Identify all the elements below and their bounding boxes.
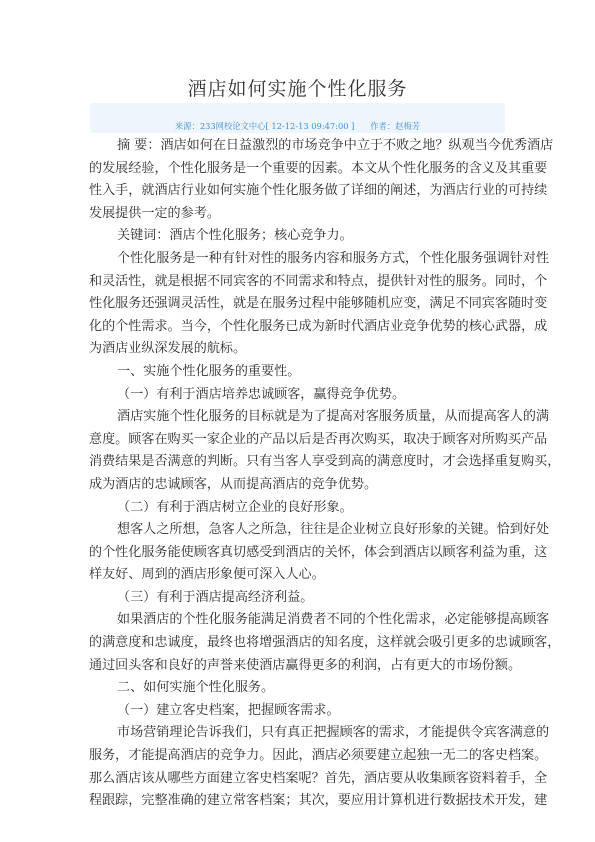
author-label: 作者： (370, 121, 395, 131)
text-line: 个性化服务是一种有针对性的服务内容和服务方式，个性化服务强调针对性 (89, 248, 507, 271)
text-line: 为酒店业纵深发展的航标。 (89, 338, 507, 361)
author-value: 赵梅芳 (395, 121, 420, 131)
text-line: 消费结果是否满意的判断。只有当客人享受到高的满意度时，才会选择重复购买， (89, 451, 507, 474)
text-line: 的满意度和忠诚度，最终也将增强酒店的知名度，这样就会吸引更多的忠诚顾客， (89, 632, 507, 655)
text-line: 性化服务还强调灵活性，就是在服务过程中能够随机应变，满足不同宾客随时变 (89, 293, 507, 316)
subsection-heading: （二）有利于酒店树立企业的良好形象。 (89, 497, 507, 520)
intro-paragraph: 个性化服务是一种有针对性的服务内容和服务方式，个性化服务强调针对性 和灵活性，就… (89, 248, 507, 361)
article-meta-band: 来源：233网校论文中心[ 12-12-13 09:47:00 ] 作者：赵梅芳 (90, 103, 505, 133)
text-line: 摘 要：酒店如何在日益激烈的市场竞争中立于不败之地？纵观当今优秀酒店 (89, 135, 507, 158)
text-line: 服务，才能提高酒店的竞争力。因此，酒店必须要建立起独一无二的客史档案。 (89, 745, 507, 768)
source-value: 233网校论文中心 (200, 121, 266, 131)
text-line: 程跟踪，完整准确的建立常客档案；其次，要应用计算机进行数据技术开发，建 (89, 790, 507, 813)
text-line: 的发展经验，个性化服务是一个重要的因素。本文从个性化服务的含义及其重要 (89, 158, 507, 181)
text-line: 样友好、周到的酒店形象便可深入人心。 (89, 564, 507, 587)
body-paragraph: 想客人之所想，急客人之所急，往往是企业树立良好形象的关键。恰到好处 的个性化服务… (89, 519, 507, 587)
body-paragraph: 酒店实施个性化服务的目标就是为了提高对客服务质量，从而提高客人的满 意度。顾客在… (89, 406, 507, 496)
section-heading: 一、实施个性化服务的重要性。 (89, 361, 507, 384)
text-line: 性入手，就酒店行业如何实施个性化服务做了详细的阐述，为酒店行业的可持续 (89, 180, 507, 203)
body-paragraph: 如果酒店的个性化服务能满足消费者不同的个性化需求，必定能够提高顾客 的满意度和忠… (89, 609, 507, 677)
text-line: 的个性化服务能使顾客真切感受到酒店的关怀，体会到酒店以顾客利益为重，这 (89, 542, 507, 565)
text-line: 化的个性需求。当今，个性化服务已成为新时代酒店业竞争优势的核心武器，成 (89, 316, 507, 339)
text-line: 如果酒店的个性化服务能满足消费者不同的个性化需求，必定能够提高顾客 (89, 609, 507, 632)
text-line: 发展提供一定的参考。 (89, 203, 507, 226)
text-line: 市场营销理论告诉我们，只有真正把握顾客的需求，才能提供令宾客满意的 (89, 722, 507, 745)
text-line: 成为酒店的忠诚顾客，从而提高酒店的竞争优势。 (89, 474, 507, 497)
meta-spacer (354, 121, 370, 131)
text-line: 想客人之所想，急客人之所急，往往是企业树立良好形象的关键。恰到好处 (89, 519, 507, 542)
article-body: 摘 要：酒店如何在日益激烈的市场竞争中立于不败之地？纵观当今优秀酒店 的发展经验… (89, 135, 507, 813)
article-meta-line: 来源：233网校论文中心[ 12-12-13 09:47:00 ] 作者：赵梅芳 (90, 120, 505, 132)
subsection-heading: （一）建立客史档案，把握顾客需求。 (89, 700, 507, 723)
keywords-paragraph: 关键词：酒店个性化服务；核心竞争力。 (89, 225, 507, 248)
document-title: 酒店如何实施个性化服务 (0, 74, 595, 101)
subsection-heading: （三）有利于酒店提高经济利益。 (89, 587, 507, 610)
abstract-paragraph: 摘 要：酒店如何在日益激烈的市场竞争中立于不败之地？纵观当今优秀酒店 的发展经验… (89, 135, 507, 225)
text-line: 关键词：酒店个性化服务；核心竞争力。 (89, 225, 507, 248)
body-paragraph: 市场营销理论告诉我们，只有真正把握顾客的需求，才能提供令宾客满意的 服务，才能提… (89, 722, 507, 812)
source-label: 来源： (175, 121, 200, 131)
subsection-heading: （一）有利于酒店培养忠诚顾客，赢得竞争优势。 (89, 384, 507, 407)
text-line: 通过回头客和良好的声誉来使酒店赢得更多的利润，占有更大的市场份额。 (89, 655, 507, 678)
section-heading: 二、如何实施个性化服务。 (89, 677, 507, 700)
text-line: 和灵活性，就是根据不同宾客的不同需求和特点，提供针对性的服务。同时，个 (89, 271, 507, 294)
text-line: 酒店实施个性化服务的目标就是为了提高对客服务质量，从而提高客人的满 (89, 406, 507, 429)
publish-datetime: [ 12-12-13 09:47:00 ] (265, 121, 354, 131)
text-line: 那么酒店该从哪些方面建立客史档案呢？首先，酒店要从收集顾客资料着手，全 (89, 768, 507, 791)
text-line: 意度。顾客在购买一家企业的产品以后是否再次购买，取决于顾客对所购买产品 (89, 429, 507, 452)
